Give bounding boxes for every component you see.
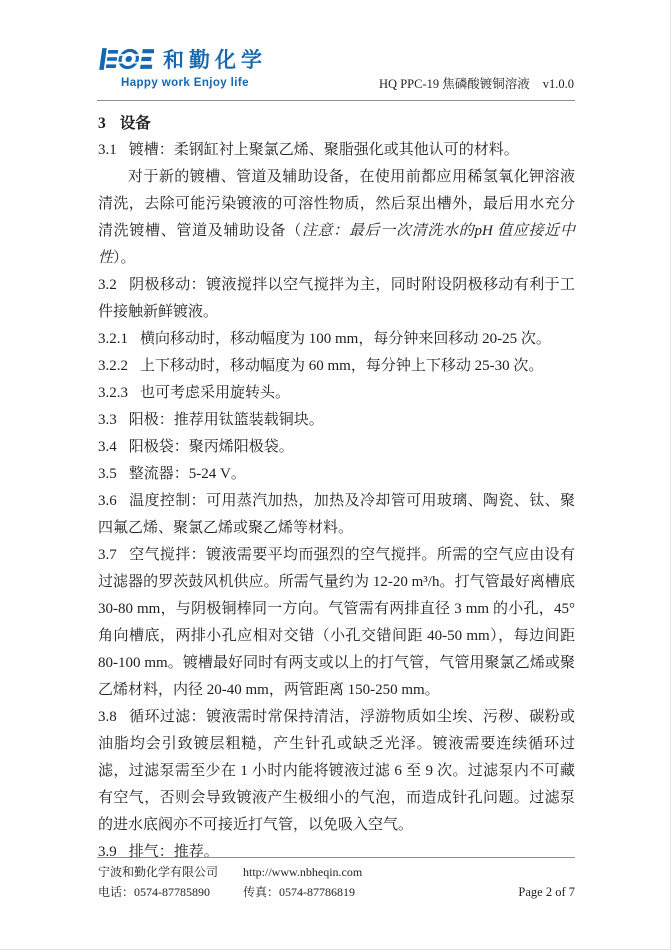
hqe-logo-icon [98,46,154,72]
doc-version: v1.0.0 [543,77,574,91]
doc-code: HQ PPC-19 焦磷酸镀铜溶液 [379,77,530,91]
document-body: 3设备 3.1镀槽：柔钢缸衬上聚氯乙烯、聚脂强化或其他认可的材料。 对于新的镀槽… [98,110,575,866]
document-header-title: HQ PPC-19 焦磷酸镀铜溶液v1.0.0 [379,74,574,92]
paragraph-3-2-2: 3.2.2上下移动时，移动幅度为 60 mm，每分钟上下移动 25-30 次。 [98,353,575,380]
page-number: Page 2 of 7 [518,882,575,902]
footer-phone: 电话：0574-87785890 [98,882,240,902]
section-number: 3 [98,115,106,132]
logo-company-name: 和勤化学 [163,44,267,74]
paragraph-3-1-note: 对于新的镀槽、管道及辅助设备，在使用前都应用稀氢氧化钾溶液清洗，去除可能污染镀液… [98,164,575,272]
document-footer: 宁波和勤化学有限公司 http://www.nbheqin.com 电话：057… [98,862,575,902]
paragraph-3-6: 3.6温度控制：可用蒸汽加热，加热及冷却管可用玻璃、陶瓷、钛、聚四氟乙烯、聚氯乙… [98,488,575,542]
section-heading: 3设备 [98,110,575,137]
paragraph-3-7: 3.7空气搅拌：镀液需要平均而强烈的空气搅拌。所需的空气应由设有过滤器的罗茨鼓风… [98,542,575,704]
logo-tagline: Happy work Enjoy life [121,77,267,89]
footer-website: http://www.nbheqin.com [243,865,362,879]
paragraph-3-1: 3.1镀槽：柔钢缸衬上聚氯乙烯、聚脂强化或其他认可的材料。 [98,137,575,164]
document-page: 和勤化学 Happy work Enjoy life HQ PPC-19 焦磷酸… [0,0,671,950]
paragraph-3-2-1: 3.2.1横向移动时，移动幅度为 100 mm，每分钟来回移动 20-25 次。 [98,326,575,353]
footer-row-2: 电话：0574-87785890 传真：0574-87786819 Page 2… [98,882,575,902]
paragraph-3-3: 3.3阳极：推荐用钛篮装载铜块。 [98,407,575,434]
footer-row-1: 宁波和勤化学有限公司 http://www.nbheqin.com [98,862,575,882]
paragraph-3-4: 3.4阳极袋：聚丙烯阳极袋。 [98,434,575,461]
paragraph-3-2: 3.2阴极移动：镀液搅拌以空气搅拌为主，同时附设阴极移动有利于工件接触新鲜镀液。 [98,272,575,326]
header-divider [97,100,575,101]
paragraph-3-2-3: 3.2.3也可考虑采用旋转头。 [98,380,575,407]
footer-fax: 传真：0574-87786819 [243,885,355,899]
footer-company: 宁波和勤化学有限公司 [98,862,240,882]
footer-divider [97,857,575,858]
paragraph-3-8: 3.8循环过滤：镀液需时常保持清洁，浮游物质如尘埃、污秽、碳粉或油脂均会引致镀层… [98,704,575,839]
paragraph-3-5: 3.5整流器：5-24 V。 [98,461,575,488]
section-title: 设备 [120,115,151,132]
company-logo: 和勤化学 Happy work Enjoy life [98,44,267,89]
